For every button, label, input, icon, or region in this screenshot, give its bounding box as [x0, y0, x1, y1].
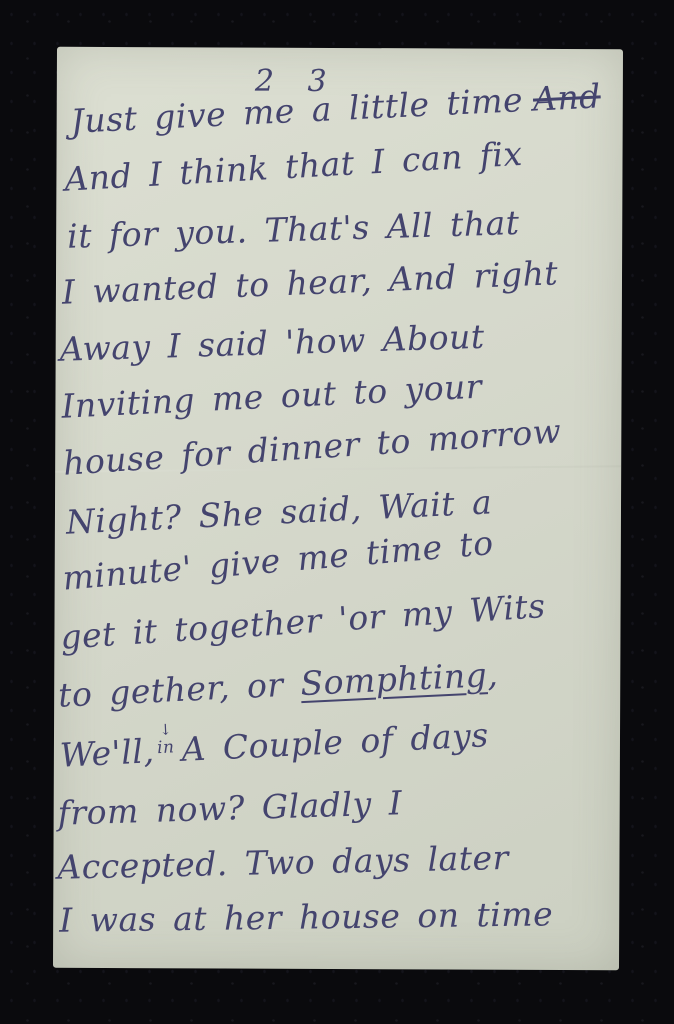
line-text: to gether, or	[57, 664, 301, 715]
handwritten-line-3: it for you. That's All that	[67, 203, 520, 256]
line-text: We'll,	[59, 731, 155, 774]
line-text: Accepted. Two days later	[57, 838, 509, 887]
handwritten-line-14: Accepted. Two days later	[57, 838, 509, 887]
handwritten-line-6: Inviting me out to your	[61, 367, 483, 426]
handwritten-line-13: from now? Gladly I	[57, 783, 403, 833]
handwritten-line-12: We'll,↓inA Couple of days	[59, 715, 490, 775]
line-text: from now? Gladly I	[57, 783, 403, 833]
struck-out-word: And	[532, 76, 602, 118]
line-text: And I think that I can fix	[63, 134, 523, 199]
line-text: it for you. That's All that	[67, 203, 520, 256]
handwritten-line-2: And I think that I can fix	[63, 134, 523, 199]
handwritten-line-4: I wanted to hear, And right	[61, 253, 559, 311]
inserted-word: in	[157, 737, 175, 758]
photo-of-letter: 2 3 Just give me a little timeAnd And I …	[0, 0, 674, 1024]
handwritten-line-10: get it together 'or my Wits	[59, 586, 547, 657]
line-text: get it together 'or my Wits	[59, 586, 547, 657]
letter-page: 2 3 Just give me a little timeAnd And I …	[53, 47, 623, 970]
insertion-caret-icon: ↓	[159, 720, 173, 739]
insertion: ↓in	[157, 737, 175, 758]
handwritten-line-11: to gether, or Somphting,	[57, 655, 499, 715]
line-text: Away I said 'how About	[59, 317, 485, 369]
handwritten-line-15: I was at her house on time	[59, 894, 553, 939]
line-text: I was at her house on time	[59, 894, 553, 939]
underlined-word: Somphting	[300, 655, 488, 703]
line-text: A Couple of days	[181, 715, 490, 769]
line-text: I wanted to hear, And right	[61, 253, 559, 311]
line-text: ,	[486, 655, 499, 694]
handwritten-line-5: Away I said 'how About	[59, 317, 485, 369]
line-text: Inviting me out to your	[61, 367, 483, 426]
